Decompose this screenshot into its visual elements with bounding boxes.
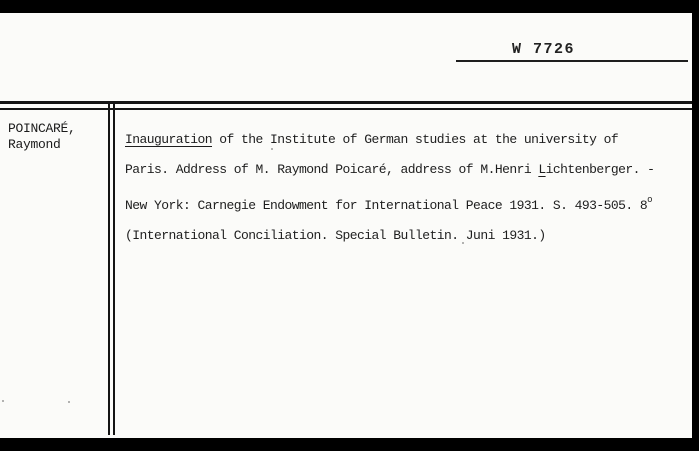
entry-line-2-post: ichtenberger. - — [546, 162, 655, 177]
scan-speck — [2, 400, 4, 402]
author-heading: POINCARÉ, Raymond — [8, 121, 104, 153]
bibliographic-entry: Inauguration of the Institute of German … — [125, 125, 685, 251]
entry-line-3: New York: Carnegie Endowment for Interna… — [125, 185, 685, 221]
entry-format-superscript: o — [647, 195, 652, 205]
call-number: W 7726 — [512, 41, 632, 58]
scan-speck — [271, 148, 273, 150]
entry-line-2-underlined-letter: L — [538, 162, 545, 177]
scanned-catalog-card-page: W 7726 POINCARÉ, Raymond Inauguration of… — [0, 0, 699, 451]
scan-speck — [462, 242, 464, 244]
call-number-underline — [456, 60, 688, 62]
entry-line-4-text: (International Conciliation. Special Bul… — [125, 228, 546, 243]
entry-line-1: Inauguration of the Institute of German … — [125, 125, 685, 155]
entry-line-2: Paris. Address of M. Raymond Poicaré, ad… — [125, 155, 685, 185]
entry-title-underlined: Inauguration — [125, 132, 212, 147]
entry-line-4: (International Conciliation. Special Bul… — [125, 221, 685, 251]
vertical-double-rule — [108, 101, 115, 435]
entry-line-1-rest: of the Institute of German studies at th… — [212, 132, 618, 147]
scan-speck — [68, 401, 70, 403]
author-forename: Raymond — [8, 137, 104, 153]
entry-line-3-text: New York: Carnegie Endowment for Interna… — [125, 198, 647, 213]
entry-line-2-pre: Paris. Address of M. Raymond Poicaré, ad… — [125, 162, 538, 177]
author-surname: POINCARÉ, — [8, 121, 104, 137]
catalog-card: W 7726 POINCARÉ, Raymond Inauguration of… — [0, 13, 692, 438]
horizontal-double-rule — [0, 101, 692, 110]
